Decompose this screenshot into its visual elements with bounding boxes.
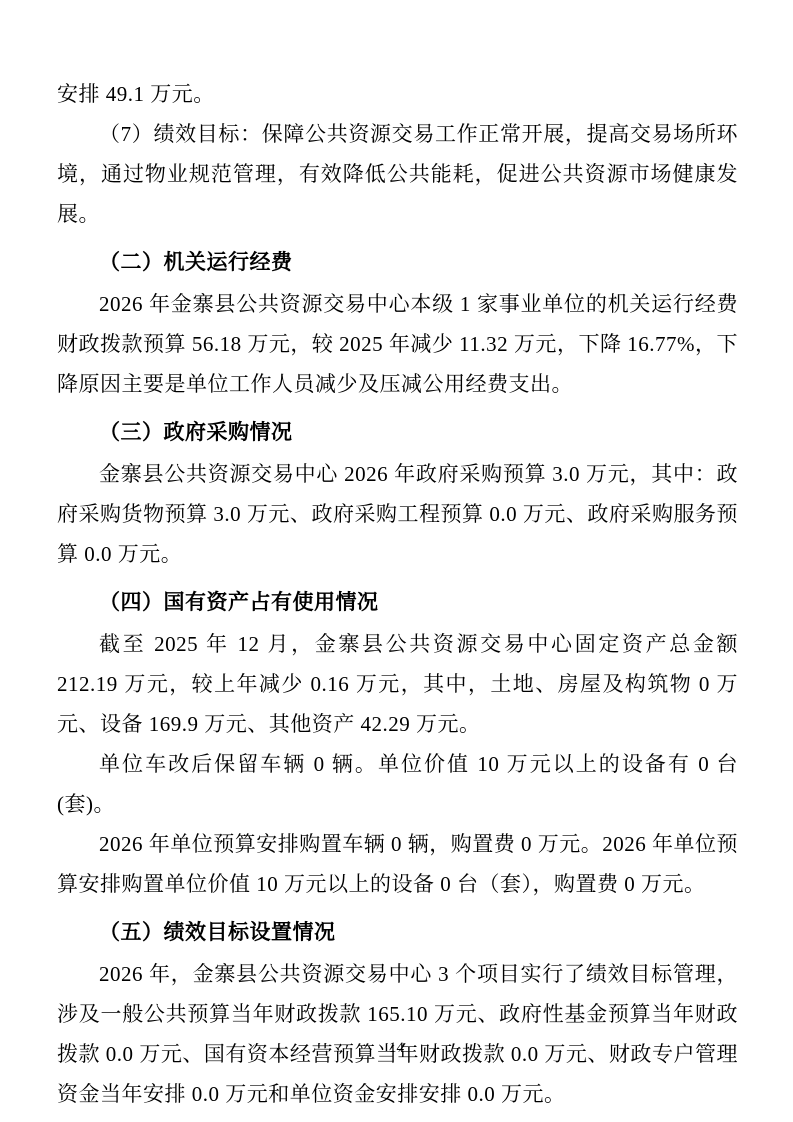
paragraph: 单位车改后保留车辆 0 辆。单位价值 10 万元以上的设备有 0 台(套)。 <box>57 744 738 824</box>
document-body: 安排 49.1 万元。（7）绩效目标：保障公共资源交易工作正常开展，提高交易场所… <box>57 74 738 1114</box>
section-heading: （三）政府采购情况 <box>57 412 738 452</box>
paragraph: 2026 年，金寨县公共资源交易中心 3 个项目实行了绩效目标管理，涉及一般公共… <box>57 954 738 1114</box>
paragraph: （7）绩效目标：保障公共资源交易工作正常开展，提高交易场所环境，通过物业规范管理… <box>57 114 738 234</box>
paragraph: 2026 年单位预算安排购置车辆 0 辆，购置费 0 万元。2026 年单位预算… <box>57 824 738 904</box>
page-number: 14 <box>0 1038 793 1058</box>
section-heading: （四）国有资产占有使用情况 <box>57 582 738 622</box>
paragraph: 2026 年金寨县公共资源交易中心本级 1 家事业单位的机关运行经费财政拨款预算… <box>57 284 738 404</box>
section-heading: （二）机关运行经费 <box>57 242 738 282</box>
paragraph: 截至 2025 年 12 月，金寨县公共资源交易中心固定资产总金额 212.19… <box>57 624 738 744</box>
paragraph: 金寨县公共资源交易中心 2026 年政府采购预算 3.0 万元，其中：政府采购货… <box>57 454 738 574</box>
paragraph: 安排 49.1 万元。 <box>57 74 738 114</box>
section-heading: （五）绩效目标设置情况 <box>57 912 738 952</box>
document-page: 安排 49.1 万元。（7）绩效目标：保障公共资源交易工作正常开展，提高交易场所… <box>0 0 793 1122</box>
